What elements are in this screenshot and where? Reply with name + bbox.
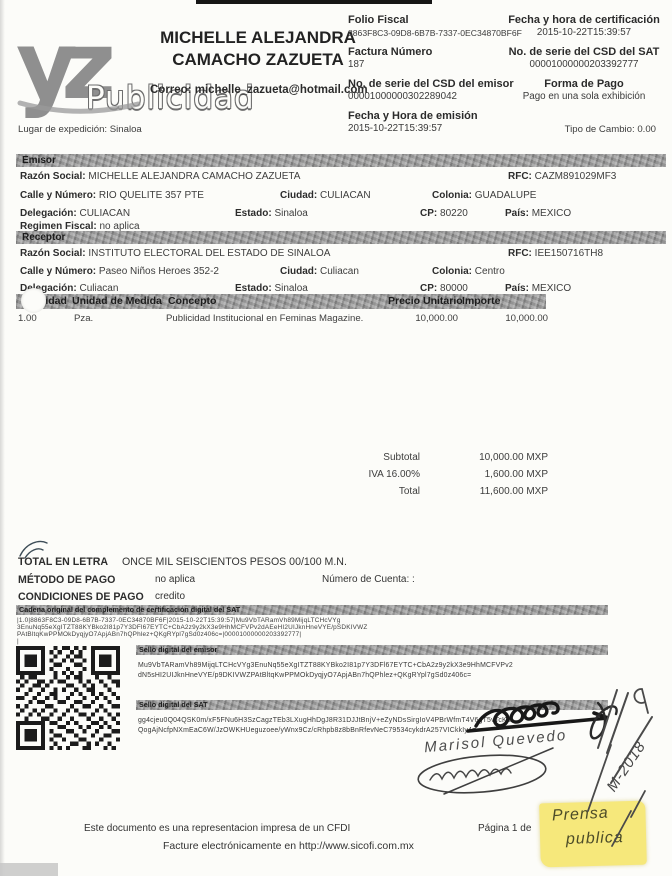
emisor-colonia: Colonia: GUADALUPE [432, 190, 536, 201]
issuer-name-line1: MICHELLE ALEJANDRA [160, 28, 356, 48]
receptor-estado: Estado: Sinaloa [235, 283, 308, 294]
condiciones-pago-value: credito [155, 591, 185, 602]
sello-sat-line1: gg4cjeu0Q04QSK0m/xF5FNu6H3SzCagzTEb3LXug… [138, 716, 511, 726]
receptor-section-title: Receptor [22, 232, 65, 243]
csd-emisor-label: No. de serie del CSD del emisor [348, 78, 518, 91]
receptor-rfc: RFC: IEE150716TH8 [508, 248, 603, 259]
emisor-estado: Estado: Sinaloa [235, 208, 308, 219]
sticky-text-line1: Prensa [552, 805, 610, 826]
scan-edge-top [196, 0, 432, 4]
folio-fiscal-value: 8863F8C3-09D8-6B7B-7337-0EC34870BF6F [348, 27, 518, 39]
total-value: 11,600.00 MXP [430, 486, 548, 497]
forma-pago-label: Forma de Pago [496, 78, 672, 91]
items-header-unidad: Unidad de Medida [72, 294, 162, 309]
metodo-pago-label: MÉTODO DE PAGO [18, 574, 115, 586]
items-header-importe: Importe [462, 294, 501, 309]
cadena-original-title: Cadena original del complemento de certi… [19, 605, 240, 614]
condiciones-pago-label: CONDICIONES DE PAGO [18, 591, 144, 603]
sello-sat-bar: Sello digital del SAT [136, 700, 608, 710]
sello-sat-title: Sello digital del SAT [139, 700, 208, 709]
item-unidad: Pza. [74, 313, 93, 324]
receptor-cp: CP: 80000 [420, 283, 468, 294]
sello-emisor-line2: dN5sHI2UIJknHneVYE/p9DKIVWZPAtBltqKwPPMO… [138, 671, 471, 681]
receptor-razon-social: Razón Social: INSTITUTO ELECTORAL DEL ES… [20, 248, 330, 259]
footer-page-label: Página 1 de [478, 823, 531, 834]
oval-signature-slash [444, 748, 553, 794]
sticky-text-line2: publica [566, 829, 624, 849]
invoice-scan-page: yz Publicidad MICHELLE ALEJANDRA CAMACHO… [0, 0, 672, 876]
punch-hole [21, 288, 46, 313]
emisor-rfc: RFC: CAZM891029MF3 [508, 171, 616, 182]
iva-value: 1,600.00 MXP [430, 469, 548, 480]
issuer-email: Correo: michelle_zazueta@hotmail.com [150, 84, 366, 96]
items-header-bar: Cantidad Unidad de Medida Concepto Preci… [16, 294, 546, 309]
tipo-cambio: Tipo de Cambio: 0.00 [540, 124, 656, 135]
numero-cuenta: Número de Cuenta: : [322, 574, 415, 585]
csd-sat-label: No. de serie del CSD del SAT [496, 46, 672, 59]
oval-signature [417, 750, 548, 797]
item-precio: 10,000.00 [370, 313, 458, 324]
handwritten-date-note: M-2018 [603, 738, 649, 795]
fecha-emision-value: 2015-10-22T15:39:57 [348, 123, 518, 135]
emisor-pais: País: MEXICO [505, 208, 571, 219]
iva-label: IVA 16.00% [320, 469, 420, 480]
emisor-calle: Calle y Número: RIO QUELITE 357 PTE [20, 190, 204, 201]
factura-numero-label: Factura Número [348, 46, 518, 59]
metodo-pago-value: no aplica [155, 574, 195, 585]
fecha-emision-label: Fecha y Hora de emisión [348, 110, 518, 123]
item-cantidad: 1.00 [18, 313, 37, 324]
subtotal-label: Subtotal [320, 452, 420, 463]
receptor-calle: Calle y Número: Paseo Niños Heroes 352-2 [20, 266, 219, 277]
total-letra-value: ONCE MIL SEISCIENTOS PESOS 00/100 M.N. [122, 556, 347, 568]
total-label: Total [320, 486, 420, 497]
fiscal-column: Folio Fiscal 8863F8C3-09D8-6B7B-7337-0EC… [348, 14, 518, 142]
receptor-section-bar: Receptor [16, 231, 666, 244]
subtotal-value: 10,000.00 MXP [430, 452, 548, 463]
cadena-line3: PAtBltqKwPPMOkDyqjyO7ApjABn7hQPhlez+QKgR… [17, 631, 301, 638]
emisor-section-title: Emisor [22, 155, 56, 166]
cadena-original-bar: Cadena original del complemento de certi… [16, 605, 608, 615]
sello-emisor-title: Sello digital del emisor [139, 645, 217, 654]
sello-sat-line2: QogAjNcfpNXmEaC6W/JzOWKHUeguzoee/yWnx9Cz… [138, 726, 476, 736]
scan-smudge-bottom-left [0, 863, 58, 876]
csd-emisor-value: 00001000000302289042 [348, 91, 518, 103]
issuer-name-line2: CAMACHO ZAZUETA [160, 50, 356, 70]
receptor-pais: País: MEXICO [505, 283, 571, 294]
items-header-precio: Precio Unitario [388, 294, 463, 309]
forma-pago-value: Pago en una sola exhibición [496, 91, 672, 103]
receptor-ciudad: Ciudad: Culiacan [280, 266, 359, 277]
diagonal-loop [634, 689, 648, 713]
item-importe: 10,000.00 [460, 313, 548, 324]
emisor-razon-social: Razón Social: MICHELLE ALEJANDRA CAMACHO… [20, 171, 300, 182]
item-concepto: Publicidad Institucional en Feminas Maga… [166, 313, 363, 324]
sello-emisor-line1: Mu9VbTARamVh89MijqLTCHcVYg3EnuNq55eXgITZ… [138, 661, 513, 671]
fecha-certificacion-label: Fecha y hora de certificación [496, 14, 672, 27]
total-letra-label: TOTAL EN LETRA [18, 556, 108, 568]
scan-edge-left [0, 0, 5, 876]
cadena-line4: | [17, 638, 19, 645]
footer-line1: Este documento es una representacion imp… [84, 823, 350, 834]
footer-line2: Facture electrónicamente en http://www.s… [163, 840, 414, 852]
csd-sat-value: 00001000000203392777 [496, 59, 672, 71]
emisor-cp: CP: 80220 [420, 208, 468, 219]
sello-emisor-bar: Sello digital del emisor [136, 645, 608, 655]
receptor-colonia: Colonia: Centro [432, 266, 505, 277]
qr-code [16, 646, 120, 750]
emisor-ciudad: Ciudad: CULIACAN [280, 190, 371, 201]
emisor-delegacion: Delegación: CULIACAN [20, 208, 130, 219]
folio-fiscal-label: Folio Fiscal [348, 14, 518, 27]
lugar-expedicion: Lugar de expedición: Sinaloa [18, 124, 142, 135]
items-header-concepto: Concepto [168, 294, 216, 309]
oval-signature-squiggle [430, 769, 511, 780]
certification-column: Fecha y hora de certificación 2015-10-22… [496, 14, 672, 110]
fecha-certificacion-value: 2015-10-22T15:39:57 [496, 27, 672, 39]
factura-numero-value: 187 [348, 59, 518, 71]
emisor-section-bar: Emisor [16, 154, 666, 167]
